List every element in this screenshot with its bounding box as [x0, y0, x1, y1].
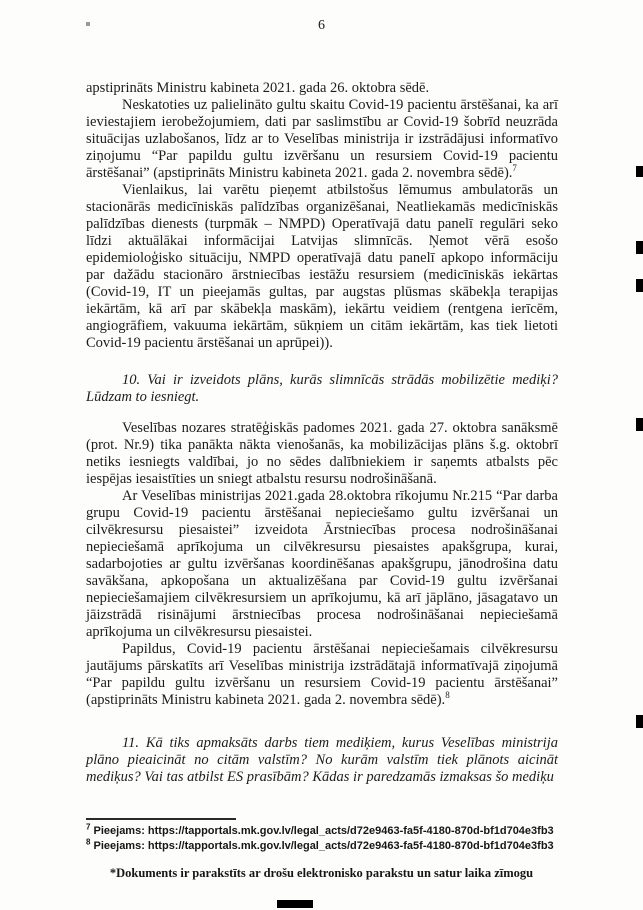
body-paragraph: Veselības nozares stratēģiskās padomes 2… [86, 420, 558, 488]
scan-artifact [86, 22, 90, 26]
body-paragraph: Ar Veselības ministrijas 2021.gada 28.ok… [86, 488, 558, 641]
footnotes: 7 Pieejams: https://tapportals.mk.gov.lv… [86, 824, 568, 853]
body-paragraph: Neskatoties uz palielināto gultu skaitu … [86, 97, 558, 182]
scan-artifact [636, 715, 643, 728]
scan-artifact [636, 166, 643, 177]
body-paragraph: Vienlaikus, lai varētu pieņemt atbilstoš… [86, 182, 558, 352]
scan-artifact [636, 418, 643, 431]
footnote-marker: 7 [86, 822, 90, 831]
body-paragraph: Papildus, Covid-19 pacientu ārstēšanai n… [86, 641, 558, 709]
document-page: 6 apstiprināts Ministru kabineta 2021. g… [0, 0, 643, 910]
question-paragraph: 11. Kā tiks apmaksāts darbs tiem mediķie… [86, 735, 558, 786]
footnote-separator [86, 818, 236, 820]
footnote: 7 Pieejams: https://tapportals.mk.gov.lv… [86, 824, 568, 839]
document-body: apstiprināts Ministru kabineta 2021. gad… [86, 80, 558, 786]
page-number: 6 [0, 18, 643, 34]
signature-footer-note: *Dokuments ir parakstīts ar drošu elektr… [0, 866, 643, 881]
body-paragraph: apstiprināts Ministru kabineta 2021. gad… [86, 80, 558, 97]
scan-artifact [636, 241, 643, 254]
footnote-reference: 7 [512, 163, 517, 173]
footnote: 8 Pieejams: https://tapportals.mk.gov.lv… [86, 839, 568, 854]
footnote-reference: 8 [445, 690, 450, 700]
scan-artifact [636, 279, 643, 292]
question-paragraph: 10. Vai ir izveidots plāns, kurās slimnī… [86, 372, 558, 406]
footnote-marker: 8 [86, 837, 90, 846]
scan-artifact [277, 900, 313, 908]
